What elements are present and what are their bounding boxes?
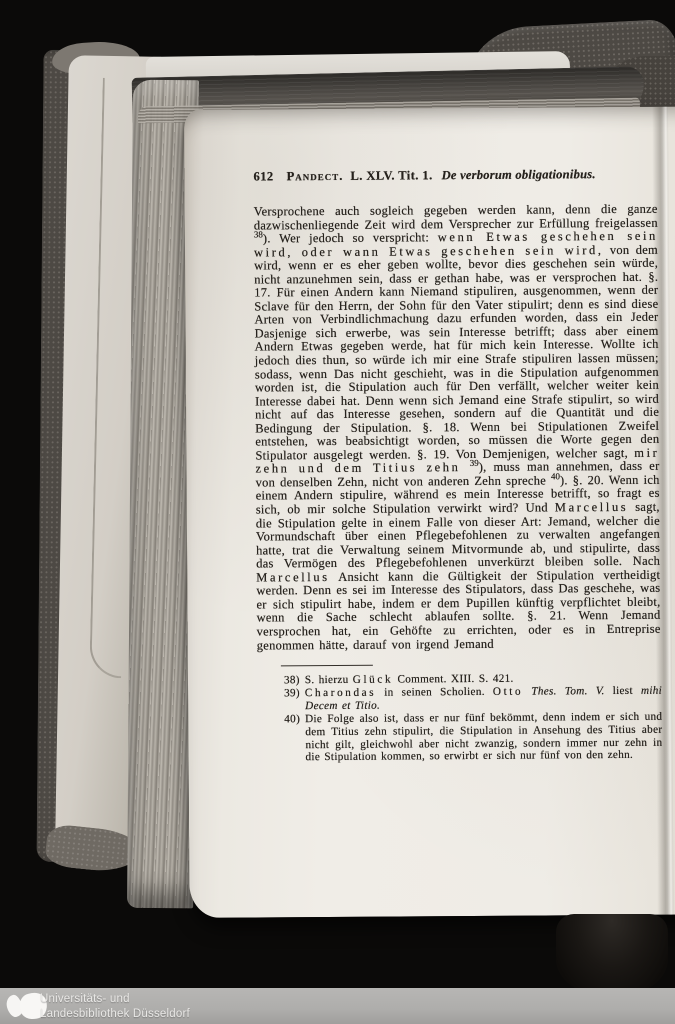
work-title: Pandect. bbox=[287, 169, 344, 183]
text-segment: Charondas bbox=[305, 687, 376, 699]
text-segment: Otto bbox=[493, 686, 523, 698]
footnote: 40)Die Folge also ist, dass er nur fünf … bbox=[284, 710, 662, 764]
page-content: 612Pandect.L. XLV. Tit. 1.De verborum ob… bbox=[253, 163, 661, 765]
text-segment: Versprochene auch sogleich gegeben werde… bbox=[254, 202, 658, 232]
library-name-line1: Universitäts- und bbox=[40, 992, 190, 1007]
library-name-line2: Landesbibliothek Düsseldorf bbox=[40, 1007, 190, 1022]
book-scan-photo: 612Pandect.L. XLV. Tit. 1.De verborum ob… bbox=[0, 0, 675, 1024]
footnote-ref: 39 bbox=[470, 458, 479, 468]
text-segment: von dem wird, wenn er es eher geben woll… bbox=[254, 242, 659, 462]
footnote-label: 40) bbox=[284, 713, 300, 725]
running-header: 612Pandect.L. XLV. Tit. 1.De verborum ob… bbox=[253, 167, 657, 185]
text-segment: Die Folge also ist, dass er nur fünf bek… bbox=[305, 710, 662, 763]
text-segment: Marcellus bbox=[555, 500, 628, 515]
text-segment: Glück bbox=[353, 674, 393, 686]
chapter-title: De verborum obligationibus. bbox=[442, 167, 596, 182]
text-segment: in seinen Scholien. bbox=[376, 686, 493, 699]
library-name: Universitäts- und Landesbibliothek Düsse… bbox=[40, 992, 190, 1021]
footnotes: 38)S. hierzu Glück Comment. XIII. S. 421… bbox=[284, 672, 663, 765]
text-segment: S. hierzu bbox=[305, 674, 353, 686]
scanned-page: 612Pandect.L. XLV. Tit. 1.De verborum ob… bbox=[184, 106, 675, 917]
footnote: 39)Charondas in seinen Scholien. Otto Th… bbox=[284, 685, 662, 713]
text-segment: Comment. XIII. S. 421. bbox=[393, 673, 514, 686]
text-segment: Marcellus bbox=[256, 570, 329, 585]
dark-object-bottom-right bbox=[556, 914, 668, 996]
footnote-label: 39) bbox=[284, 687, 300, 699]
citation: L. XLV. Tit. 1. bbox=[350, 168, 432, 183]
footnote-separator-rule bbox=[281, 665, 373, 667]
text-segment: liest bbox=[605, 685, 641, 697]
body-paragraph: Versprochene auch sogleich gegeben werde… bbox=[254, 203, 661, 653]
page-number: 612 bbox=[253, 169, 273, 183]
library-watermark-bar: Universitäts- und Landesbibliothek Düsse… bbox=[0, 988, 675, 1024]
footnote-ref: 38 bbox=[254, 229, 263, 239]
footnote-label: 38) bbox=[284, 674, 300, 686]
text-segment: Thes. Tom. V. bbox=[531, 685, 604, 698]
